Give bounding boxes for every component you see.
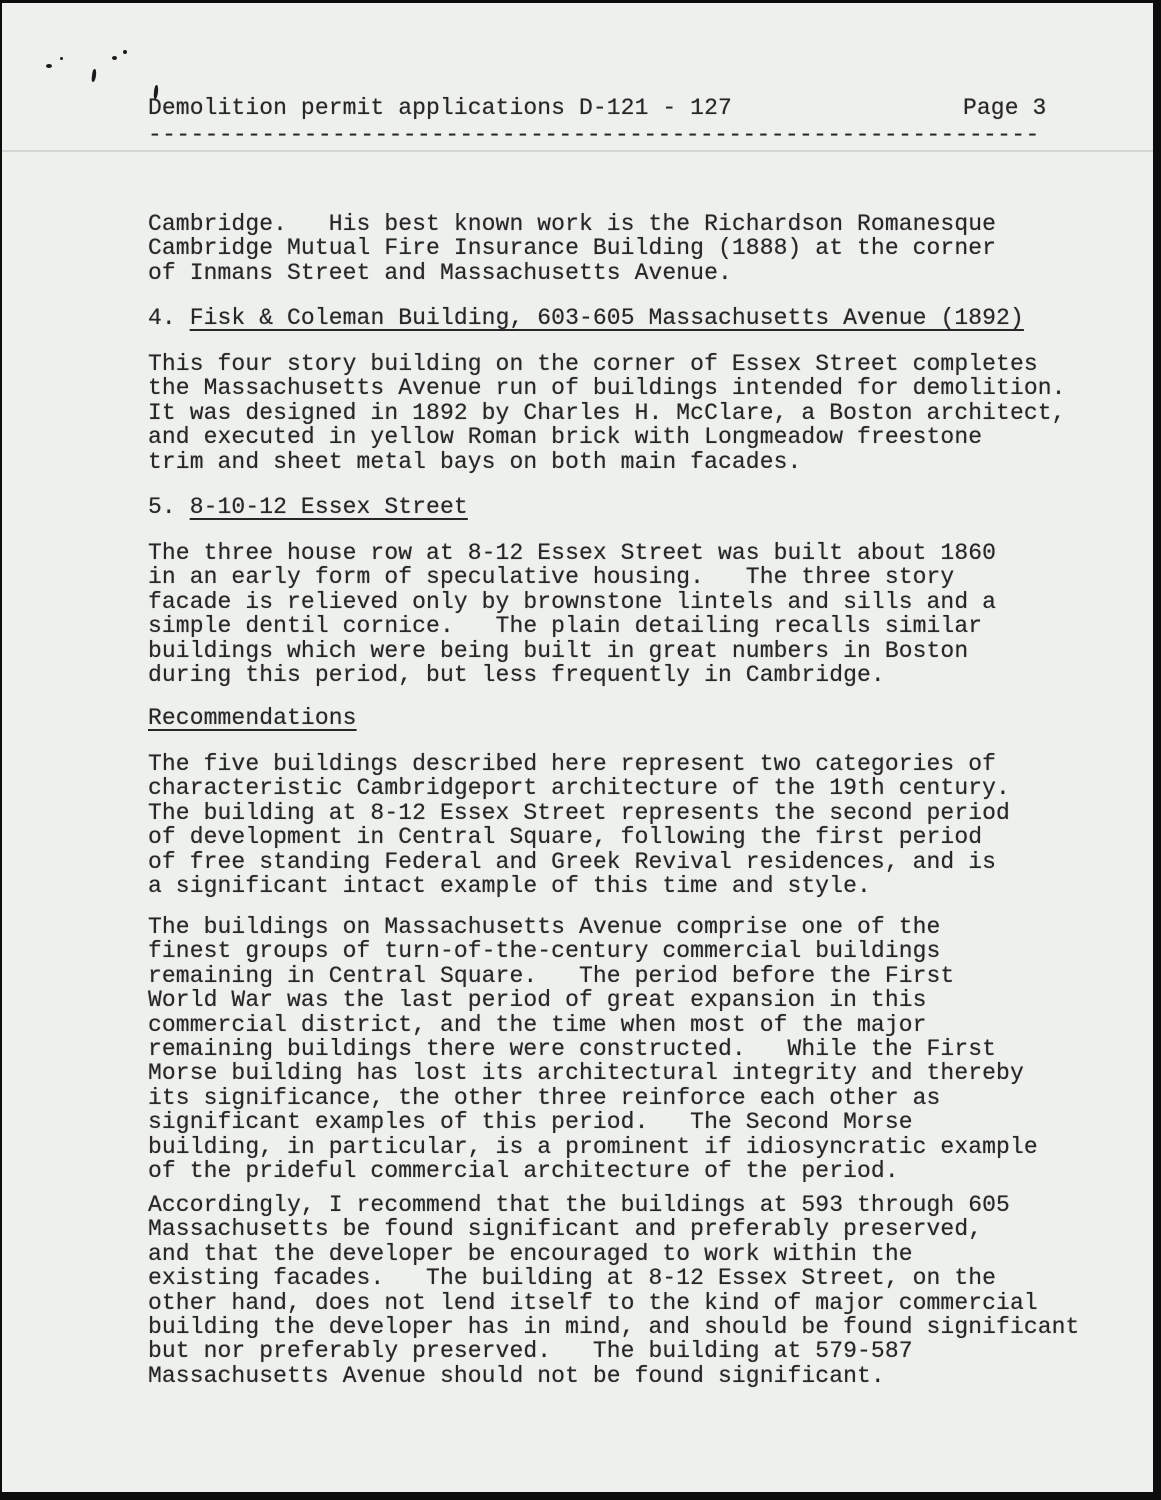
scan-edge-right	[1153, 0, 1161, 1500]
section-5-paragraph: The three house row at 8-12 Essex Street…	[148, 541, 996, 687]
scanned-document-page: Demolition permit applications D-121 - 1…	[0, 0, 1161, 1500]
recommendations-title: Recommendations	[148, 705, 357, 731]
paragraph-intro: Cambridge. His best known work is the Ri…	[148, 212, 996, 285]
section-5-title: 8-10-12 Essex Street	[190, 494, 468, 520]
recommendations-paragraph-3: Accordingly, I recommend that the buildi…	[148, 1193, 1079, 1388]
section-5-number: 5.	[148, 494, 190, 520]
scan-edge-bottom	[0, 1492, 1161, 1500]
recommendations-paragraph-2: The buildings on Massachusetts Avenue co…	[148, 915, 1038, 1183]
section-4-heading: 4. Fisk & Coleman Building, 603-605 Mass…	[148, 306, 1024, 330]
ink-speck	[60, 57, 63, 60]
header-dashed-rule: ----------------------------------------…	[148, 123, 1040, 147]
section-4-number: 4.	[148, 305, 190, 331]
section-4-paragraph: This four story building on the corner o…	[148, 352, 1066, 474]
ink-speck	[112, 56, 117, 60]
page-number: Page 3	[963, 96, 1046, 120]
ink-speck	[46, 64, 52, 68]
scan-artifact-line	[0, 150, 1161, 152]
section-5-heading: 5. 8-10-12 Essex Street	[148, 495, 468, 519]
document-header-title: Demolition permit applications D-121 - 1…	[148, 96, 732, 120]
ink-speck	[123, 50, 127, 54]
recommendations-paragraph-1: The five buildings described here repres…	[148, 752, 1010, 898]
recommendations-heading: Recommendations	[148, 706, 357, 730]
ink-speck	[91, 69, 97, 82]
scan-edge-top	[0, 0, 1161, 3]
section-4-title: Fisk & Coleman Building, 603-605 Massach…	[190, 305, 1024, 331]
scan-edge-left	[0, 0, 2, 1500]
